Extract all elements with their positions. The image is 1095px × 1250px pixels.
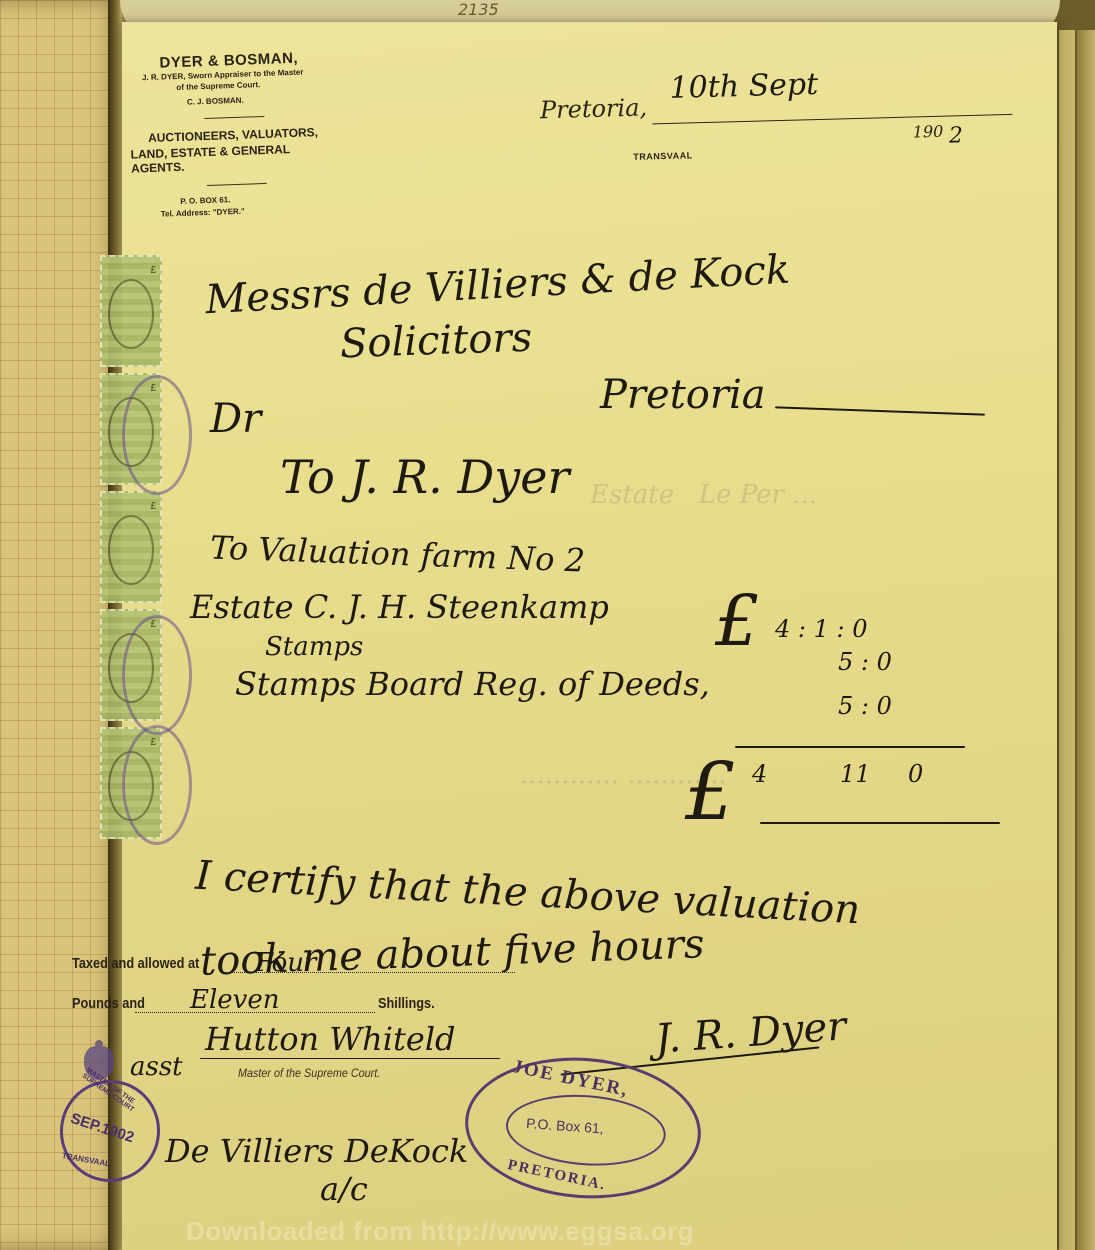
watermark: Downloaded from http://www.eggsa.org <box>186 1216 694 1247</box>
pound-sign: £ <box>685 745 736 838</box>
pound-sign: £ <box>715 580 760 662</box>
taxed-value: Four <box>255 948 316 978</box>
trade-line: LAND, ESTATE & GENERAL AGENTS. <box>130 140 341 175</box>
master-rule <box>200 1058 500 1059</box>
printed-shillings-label: Shillings. <box>378 995 435 1012</box>
item-description: Stamps <box>265 632 363 662</box>
letterhead: DYER & BOSMAN, J. R. DYER, Sworn Apprais… <box>127 48 343 219</box>
show-through-text: Estate Le Per ... <box>590 480 817 510</box>
total-pence: 0 <box>908 760 923 788</box>
account-note: a/c <box>320 1170 368 1208</box>
page-edge <box>1075 30 1095 1250</box>
region: TRANSVAAL <box>633 150 693 162</box>
revenue-stamp: £ <box>100 255 162 367</box>
item-amount: 5 : 0 <box>838 692 892 720</box>
folio-number: 2135 <box>458 0 499 19</box>
master-signature: Hutton Whiteld <box>205 1020 456 1058</box>
item-amount: 5 : 0 <box>838 648 892 676</box>
cancellation-stamp <box>122 375 192 495</box>
total-pounds: 4 <box>752 760 767 788</box>
item-description: Estate C. J. H. Steenkamp <box>190 588 609 626</box>
revenue-stamps: £ £ £ £ £ <box>92 255 174 845</box>
total-rule <box>760 822 1000 824</box>
item-description: Stamps Board Reg. of Deeds, <box>235 665 710 703</box>
total-shillings: 11 <box>840 760 871 788</box>
printed-taxed-label: Taxed and allowed at <box>72 955 199 972</box>
addressee-line: Solicitors <box>339 315 533 368</box>
item-amount: 4 : 1 : 0 <box>775 615 868 643</box>
shillings-value: Eleven <box>190 985 280 1015</box>
creditor-name: To J. R. Dyer <box>280 450 570 504</box>
partner-name: C. J. BOSMAN. <box>187 92 339 106</box>
cancellation-stamp <box>122 725 192 845</box>
divider <box>207 183 267 186</box>
debtor-label: Dr <box>210 396 261 442</box>
printed-pounds-label: Pounds and <box>72 995 145 1012</box>
place: Pretoria, <box>540 93 648 124</box>
account-note: De Villiers DeKock <box>165 1132 468 1170</box>
revenue-stamp: £ <box>100 491 162 603</box>
date-handwritten: 10th Sept <box>669 67 819 106</box>
year-handwritten: 2 <box>949 123 964 148</box>
cancellation-stamp <box>122 615 192 735</box>
master-prefix: asst <box>130 1052 183 1082</box>
court-stamp-date: SEP.1902 <box>68 1110 136 1146</box>
sum-rule <box>735 746 965 748</box>
divider <box>204 116 264 119</box>
year-printed: 190 <box>913 122 944 142</box>
addressee-line: Pretoria <box>600 372 766 418</box>
master-label: Master of the Supreme Court. <box>238 1066 380 1080</box>
